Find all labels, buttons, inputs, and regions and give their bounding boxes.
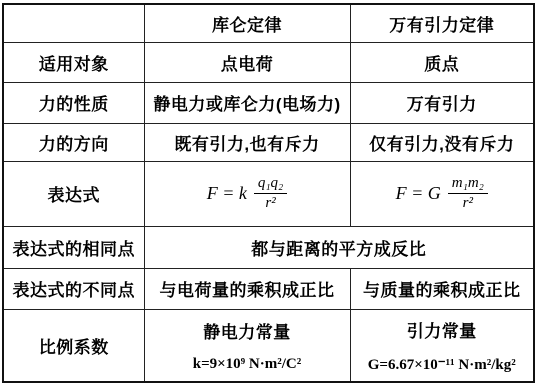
coulomb-formula-prefix: F = k	[207, 183, 247, 204]
table-row-header: 库仑定律 万有引力定律	[3, 4, 534, 42]
header-empty-cell	[3, 4, 144, 42]
gravity-constant-name: 引力常量	[407, 317, 477, 342]
gravity-formula-fraction: m₁m₂ r²	[448, 175, 488, 213]
table-row-applicable-objects: 适用对象 点电荷 质点	[3, 42, 534, 82]
row-label-nature: 力的性质	[3, 82, 144, 123]
cell-expression-gravity: F = G m₁m₂ r²	[350, 161, 534, 226]
comparison-table-page: 库仑定律 万有引力定律 适用对象 点电荷 质点 力的性质 静电力或库仑力(电场力…	[0, 0, 536, 389]
row-label-applicable: 适用对象	[3, 42, 144, 82]
row-label-expression: 表达式	[3, 161, 144, 226]
row-label-similarity: 表达式的相同点	[3, 226, 144, 268]
cell-direction-coulomb: 既有引力,也有斥力	[144, 123, 350, 161]
table-row-expression-similarity: 表达式的相同点 都与距离的平方成反比	[3, 226, 534, 268]
coulomb-constant-block: 静电力常量 k=9×10⁹ N·m²/C²	[148, 318, 347, 373]
gravity-constant-block: 引力常量 G=6.67×10⁻¹¹ N·m²/kg²	[354, 317, 531, 374]
table-row-expression: 表达式 F = k q₁q₂ r² F = G m₁m₂ r²	[3, 161, 534, 226]
header-gravity-law: 万有引力定律	[350, 4, 534, 42]
cell-applicable-coulomb: 点电荷	[144, 42, 350, 82]
cell-coefficient-gravity: 引力常量 G=6.67×10⁻¹¹ N·m²/kg²	[350, 309, 534, 382]
coulomb-formula-numerator: q₁q₂	[254, 175, 287, 194]
gravity-formula-denominator: r²	[448, 194, 488, 212]
row-label-coefficient: 比例系数	[3, 309, 144, 382]
coulomb-constant-value: k=9×10⁹ N·m²/C²	[193, 356, 302, 373]
coulomb-formula-denominator: r²	[254, 194, 287, 212]
cell-difference-coulomb: 与电荷量的乘积成正比	[144, 268, 350, 309]
table-row-force-nature: 力的性质 静电力或库仑力(电场力) 万有引力	[3, 82, 534, 123]
cell-similarity-value: 都与距离的平方成反比	[144, 226, 534, 268]
coulomb-formula: F = k q₁q₂ r²	[207, 175, 288, 213]
row-label-direction: 力的方向	[3, 123, 144, 161]
table-row-expression-difference: 表达式的不同点 与电荷量的乘积成正比 与质量的乘积成正比	[3, 268, 534, 309]
gravity-formula-prefix: F = G	[396, 183, 441, 204]
coulomb-gravity-comparison-table: 库仑定律 万有引力定律 适用对象 点电荷 质点 力的性质 静电力或库仑力(电场力…	[2, 3, 535, 383]
cell-expression-coulomb: F = k q₁q₂ r²	[144, 161, 350, 226]
cell-applicable-gravity: 质点	[350, 42, 534, 82]
gravity-formula: F = G m₁m₂ r²	[396, 175, 488, 213]
gravity-formula-numerator: m₁m₂	[448, 175, 488, 194]
table-row-coefficient: 比例系数 静电力常量 k=9×10⁹ N·m²/C² 引力常量 G=6.67×1…	[3, 309, 534, 382]
table-row-force-direction: 力的方向 既有引力,也有斥力 仅有引力,没有斥力	[3, 123, 534, 161]
cell-nature-gravity: 万有引力	[350, 82, 534, 123]
row-label-difference: 表达式的不同点	[3, 268, 144, 309]
coulomb-constant-name: 静电力常量	[203, 318, 291, 343]
cell-nature-coulomb: 静电力或库仑力(电场力)	[144, 82, 350, 123]
coulomb-formula-fraction: q₁q₂ r²	[254, 175, 287, 213]
header-coulomb-law: 库仑定律	[144, 4, 350, 42]
cell-coefficient-coulomb: 静电力常量 k=9×10⁹ N·m²/C²	[144, 309, 350, 382]
cell-direction-gravity: 仅有引力,没有斥力	[350, 123, 534, 161]
gravity-constant-value: G=6.67×10⁻¹¹ N·m²/kg²	[368, 355, 516, 374]
cell-difference-gravity: 与质量的乘积成正比	[350, 268, 534, 309]
